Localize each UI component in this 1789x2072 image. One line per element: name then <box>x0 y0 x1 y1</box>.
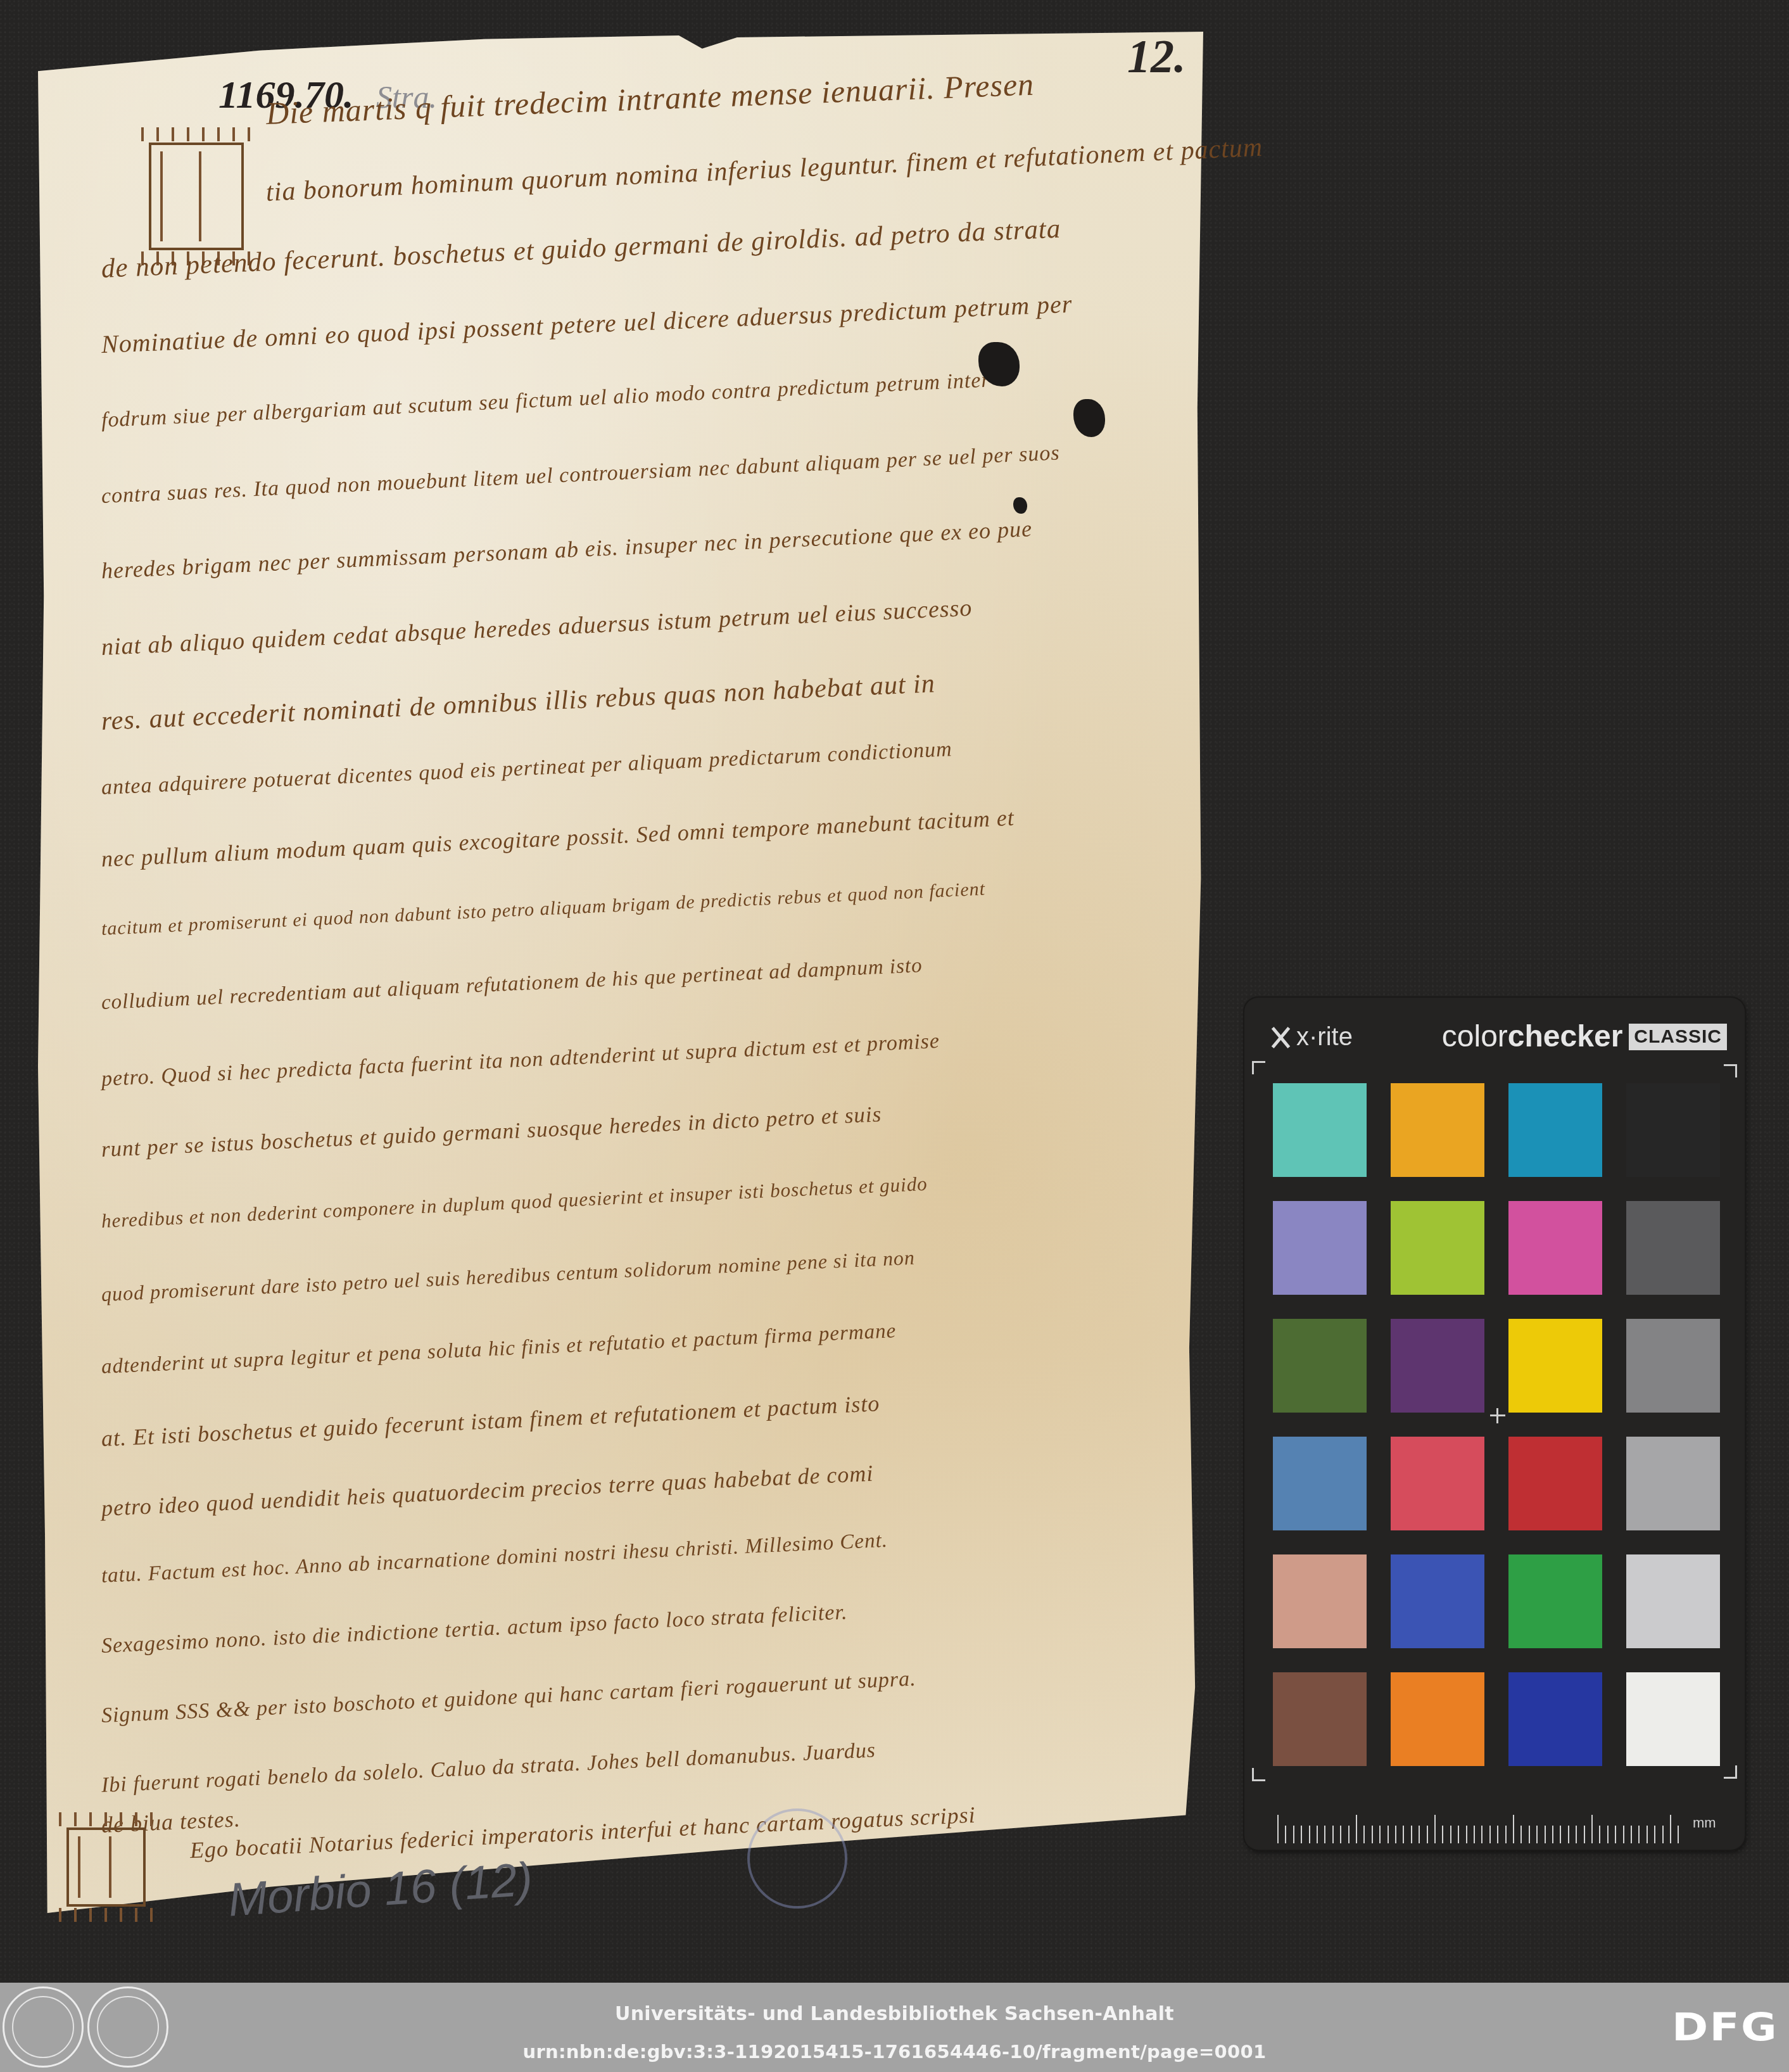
urn-identifier: urn:nbn:de:gbv:3:3-1192015415-1761654446… <box>0 2041 1789 2062</box>
color-patch-magenta <box>1508 1201 1602 1295</box>
ms-line: contra suas res. Ita quod non mouebunt l… <box>101 441 1060 509</box>
title-light: color <box>1442 1019 1508 1054</box>
color-patch-foliage <box>1273 1319 1367 1413</box>
library-stamp <box>747 1808 847 1909</box>
ruler-major-ticks <box>1277 1815 1683 1843</box>
color-patch-red <box>1508 1437 1602 1530</box>
color-patch-cyan-green <box>1273 1083 1367 1177</box>
ms-line: Signum SSS && per isto boschoto et guido… <box>101 1667 916 1728</box>
ms-line: nec pullum alium modum quam quis excogit… <box>101 804 1015 872</box>
mm-ruler <box>1277 1815 1683 1843</box>
ms-line: runt per se istus boschetus et guido ger… <box>101 1102 882 1162</box>
color-patch-orange-yellow <box>1391 1083 1484 1177</box>
ms-line: Ego bocatii Notarius federici imperatori… <box>189 1802 976 1864</box>
xrite-logo-icon <box>1270 1025 1291 1050</box>
corner-mark <box>1724 1765 1737 1779</box>
color-patch-purple <box>1391 1319 1484 1413</box>
ms-line: res. aut eccederit nominati de omnibus i… <box>101 668 936 737</box>
xrite-brand: x·rite <box>1270 1023 1353 1052</box>
ms-line: heredes brigam nec per summissam persona… <box>101 515 1033 584</box>
crosshair-icon <box>1490 1408 1505 1423</box>
dfg-logo: DFG <box>1672 2005 1778 2050</box>
color-patch-yellow-green <box>1391 1201 1484 1295</box>
institution-name: Universitäts- und Landesbibliothek Sachs… <box>0 2003 1789 2025</box>
color-patch-light-skin <box>1273 1554 1367 1648</box>
notary-sign-bottom <box>66 1827 146 1907</box>
parchment-hole <box>1013 497 1027 514</box>
notary-sign-stroke <box>109 1836 135 1898</box>
ms-line: petro ideo quod uendidit heis quatuordec… <box>101 1460 874 1522</box>
notary-sign-stroke <box>78 1836 104 1898</box>
ms-line: heredibus et non dederint componere in d… <box>101 1173 928 1233</box>
footer-banner: Universitäts- und Landesbibliothek Sachs… <box>0 1983 1789 2072</box>
corner-mark <box>1252 1061 1265 1074</box>
ms-line: quod promiserunt dare isto petro uel sui… <box>101 1246 916 1306</box>
ms-line: de non petendo fecerunt. boschetus et gu… <box>101 213 1061 284</box>
ms-line: tacitum et promiserunt ei quod non dabun… <box>101 879 985 940</box>
ms-line: adtenderint ut supra legitur et pena sol… <box>101 1319 897 1379</box>
title-bold: checker <box>1508 1019 1622 1054</box>
color-patch-green <box>1508 1554 1602 1648</box>
ms-line: tatu. Factum est hoc. Anno ab incarnatio… <box>101 1529 888 1588</box>
color-patch-orange <box>1391 1672 1484 1766</box>
corner-mark <box>1724 1064 1737 1077</box>
color-patch-black <box>1626 1083 1720 1177</box>
ms-line: Die martis q fuit tredecim intrante mens… <box>265 65 1035 132</box>
color-patch-grid <box>1273 1083 1716 1766</box>
color-patch-neutral-6.5 <box>1626 1437 1720 1530</box>
ms-line: Ibi fuerunt rogati benelo da solelo. Cal… <box>101 1738 876 1797</box>
xrite-brand-text: x·rite <box>1296 1023 1353 1052</box>
color-patch-purple-blue <box>1273 1201 1367 1295</box>
color-patch-cyan <box>1508 1083 1602 1177</box>
colorchecker-card: x·rite colorchecker CLASSIC mm <box>1244 998 1745 1850</box>
color-patch-neutral-5 <box>1626 1319 1720 1413</box>
color-patch-neutral-3.5 <box>1626 1201 1720 1295</box>
ms-line: niat ab aliquo quidem cedat absque hered… <box>101 594 973 661</box>
ms-line: petro. Quod si hec predicta facta fuerin… <box>101 1029 940 1091</box>
ms-line: tia bonorum hominum quorum nomina inferi… <box>265 132 1263 208</box>
colorchecker-title: colorchecker CLASSIC <box>1442 1019 1727 1054</box>
ms-line: Sexagesimo nono. isto die indictione ter… <box>101 1601 848 1658</box>
classic-badge: CLASSIC <box>1629 1024 1727 1050</box>
corner-mark <box>1252 1768 1265 1781</box>
color-patch-yellow <box>1508 1319 1602 1413</box>
color-patch-white <box>1626 1672 1720 1766</box>
ms-line: fodrum siue per albergariam aut scutum s… <box>101 368 990 433</box>
color-patch-moderate-red <box>1391 1437 1484 1530</box>
color-patch-blue <box>1391 1554 1484 1648</box>
ms-line: at. Et isti boschetus et guido fecerunt … <box>101 1390 880 1452</box>
color-patch-dark-skin <box>1273 1672 1367 1766</box>
color-patch-neutral-8 <box>1626 1554 1720 1648</box>
ms-line: colludium uel recredentiam aut aliquam r… <box>101 954 923 1015</box>
ruler-unit: mm <box>1693 1815 1716 1831</box>
color-patch-blue-sky <box>1273 1437 1367 1530</box>
ms-line: Nominatiue de omni eo quod ipsi possent … <box>101 289 1073 359</box>
color-patch-blue-primary <box>1508 1672 1602 1766</box>
ms-line: antea adquirere potuerat dicentes quod e… <box>101 737 952 800</box>
